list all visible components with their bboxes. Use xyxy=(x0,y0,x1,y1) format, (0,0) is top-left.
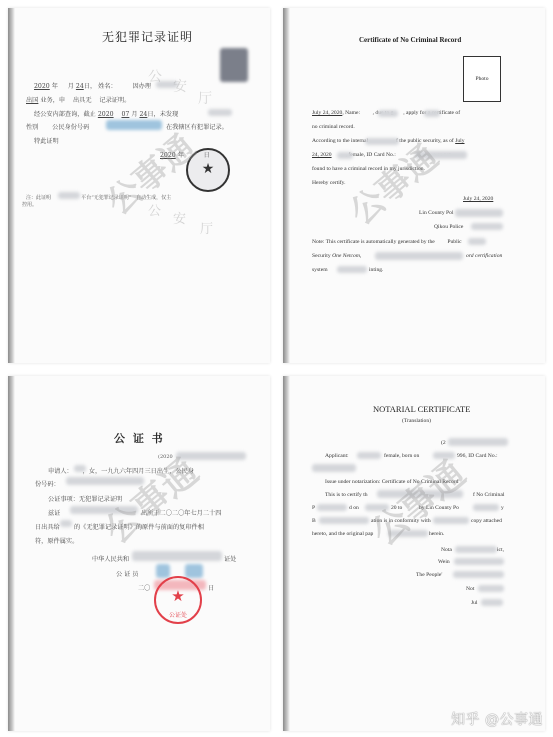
signature-line-3: The People' xyxy=(416,572,442,578)
page-title: 无犯罪记录证明 xyxy=(102,28,193,45)
body-line-2: 日出具给 xyxy=(35,522,60,531)
cert-line-1: 2020 年 月 24日， 姓名： 因办理 xyxy=(34,81,151,90)
footnote-line-2: 控用。 xyxy=(22,201,37,208)
seal-text: 公证处 xyxy=(156,610,200,619)
notarization-date: 二〇 xyxy=(138,583,150,592)
page-spine-shadow xyxy=(8,376,15,731)
body-line-1-tail: 出所于二〇二〇年七月二十四 xyxy=(141,508,221,517)
background-seal-text: 厅 xyxy=(198,88,212,108)
note-line1: Note: This certificate is automatically … xyxy=(312,239,462,245)
body-line-1: This is to certify th xyxy=(325,492,368,498)
body-line-1-tail: f No Criminal xyxy=(473,492,504,498)
id-number-redaction xyxy=(66,477,144,485)
certificate-number: (2020 xyxy=(158,454,173,460)
signatory-2: Qikou Police xyxy=(434,224,463,230)
id-number-redaction xyxy=(312,464,356,472)
office-redaction xyxy=(132,551,222,561)
background-seal-text: 公 xyxy=(148,66,162,86)
notary-red-seal: ★ 公证处 xyxy=(154,576,202,624)
background-seal-text: 安 xyxy=(173,76,187,96)
body-line-4-b: herein. xyxy=(429,531,444,537)
photo-redaction xyxy=(220,48,248,82)
cn-notarial-certificate-page: 公 证 书 (2020 申请人： ，女，一九九六年四月三日出生，公民身 份号码：… xyxy=(8,376,270,731)
special-certify: 特此证明 xyxy=(34,136,59,145)
diagonal-watermark: 公事通 xyxy=(337,131,447,234)
body-line-4: hereto, and the original pap xyxy=(312,531,373,537)
background-seal-text: 公 xyxy=(148,200,161,219)
name-redaction xyxy=(74,465,86,472)
applicant-line: 申请人： ，女，一九九六年四月三日出生，公民身 xyxy=(48,466,194,475)
cert-line-2: 出国 业务，申 出具无 记录证明。 xyxy=(26,95,130,104)
body-line-2-tail: 的《无犯罪记录证明》的原件与前面的复印件相 xyxy=(74,522,204,531)
para2-line3: found to have a criminal record in my ju… xyxy=(312,166,425,172)
note-line3-tail: inting. xyxy=(369,267,383,273)
number-redaction xyxy=(176,452,246,460)
notary-office: 中华人民共和 xyxy=(92,554,129,563)
signature-redaction xyxy=(478,585,504,592)
signature-redaction xyxy=(454,558,504,565)
notary-label: 公 证 员 xyxy=(116,569,139,578)
body-redaction xyxy=(377,490,463,498)
notary-signature-redaction xyxy=(156,564,170,578)
star-icon: ★ xyxy=(156,584,200,610)
police-seal-stamp: ★ xyxy=(186,148,230,192)
signatory-redaction xyxy=(455,209,503,217)
signature-line-1-tail: ict, xyxy=(497,547,504,553)
body-redaction xyxy=(433,517,469,524)
body-redaction xyxy=(317,504,347,511)
body-redaction xyxy=(388,530,428,537)
name-redaction xyxy=(357,452,381,459)
en-notarial-certificate-page: NOTARIAL CERTIFICATE (Translation) (2 Ap… xyxy=(283,376,545,731)
body-line-2-d: by Lin County Po xyxy=(419,505,459,511)
footnote-redaction xyxy=(58,192,80,199)
photo-placeholder: Photo xyxy=(463,56,501,102)
page-subtitle: (Translation) xyxy=(402,418,431,424)
body-line-3-c: copy attached xyxy=(471,518,502,524)
sign-date: July 24, 2020 xyxy=(463,196,493,202)
body-redaction xyxy=(473,504,499,511)
reason-redaction xyxy=(424,110,440,117)
signature-line-1: Nota xyxy=(441,547,452,553)
page-title: 公 证 书 xyxy=(114,430,165,446)
page-spine-shadow xyxy=(283,376,290,731)
photo-label: Photo xyxy=(475,76,488,82)
note-line2: Security One Netcom, xyxy=(312,253,361,259)
line3-redaction xyxy=(208,109,232,116)
name-redaction xyxy=(337,152,353,159)
page-title: Certificate of No Criminal Record xyxy=(359,36,461,44)
org-redaction xyxy=(70,506,138,514)
signature-line-5: Jul xyxy=(471,600,478,606)
star-icon: ★ xyxy=(188,150,228,190)
body-redaction xyxy=(365,504,389,511)
id-label: 份号码： xyxy=(35,479,60,488)
name-redaction xyxy=(378,110,398,117)
note-redaction xyxy=(337,266,367,273)
notary-signature-redaction xyxy=(185,564,203,578)
certificate-number: (2 xyxy=(441,440,446,446)
notarization-date-suffix: 日 xyxy=(208,583,214,592)
body-line-2-c: 20 to xyxy=(391,505,402,511)
hereby-certify: Hereby certify. xyxy=(312,180,346,186)
cn-no-criminal-record-page: 无犯罪记录证明 2020 年 月 24日， 姓名： 因办理 出国 业务，申 出具… xyxy=(8,8,270,363)
signature-redaction xyxy=(481,599,503,606)
birth-redaction xyxy=(433,452,455,459)
page-spine-shadow xyxy=(283,8,290,363)
page-title: NOTARIAL CERTIFICATE xyxy=(373,404,470,414)
diagonal-watermark: 公事通 xyxy=(359,447,475,555)
number-redaction xyxy=(448,438,508,446)
signature-line-4: Not xyxy=(466,586,474,592)
en-no-criminal-record-page: Certificate of No Criminal Record Photo … xyxy=(283,8,545,363)
signature-redaction xyxy=(455,546,497,553)
applicant-id: 996, ID Card No.: xyxy=(457,453,498,459)
name-redaction xyxy=(60,520,72,527)
cert-line-4: 性别 公民身份号码 xyxy=(26,122,89,131)
notary-office-suffix: 证处 xyxy=(224,554,236,563)
signatory-1: Lin County Pol xyxy=(419,210,454,216)
body-redaction xyxy=(319,517,369,524)
note-redaction xyxy=(468,238,486,245)
body-line-2: P xyxy=(312,505,315,511)
body-line-3: 符，原件属实。 xyxy=(35,536,78,545)
page-spine-shadow xyxy=(8,8,15,363)
source-watermark: 知乎 @公事通 xyxy=(451,709,543,729)
id-number-redaction xyxy=(415,151,467,159)
body-line-3: B xyxy=(312,518,316,524)
id-number-redaction xyxy=(106,120,162,130)
cert-line-3: 经公安内部查询，截止 2020 07 月 24日，未发现 xyxy=(34,109,178,118)
background-seal-text: 安 xyxy=(173,208,186,227)
para1-line2: no criminal record. xyxy=(312,124,355,130)
body-line-2-b: d on xyxy=(349,505,359,511)
notarization-matter: 公证事项：无犯罪记录证明 xyxy=(48,494,122,503)
note-line2-tail: ord certification xyxy=(466,253,502,259)
signatory-redaction xyxy=(471,223,503,230)
signature-line-2: Wein xyxy=(438,559,450,565)
cert-line-4-tail: 在我辖区有犯罪记录。 xyxy=(166,122,228,131)
body-line-3-b: ation is in conformity with xyxy=(371,518,431,524)
body-line-1: 兹证 xyxy=(48,508,60,517)
issue-line: Issue under notarization: Certificate of… xyxy=(325,479,458,485)
org-redaction xyxy=(365,138,399,145)
applicant-line: Applicant: xyxy=(325,453,349,459)
note-line3: system xyxy=(312,267,328,273)
applicant-birth: female, born on xyxy=(384,453,419,459)
note-redaction xyxy=(375,252,463,260)
signature-redaction xyxy=(453,571,504,578)
background-seal-text: 厅 xyxy=(200,218,213,237)
body-line-2-e: y xyxy=(501,505,504,511)
